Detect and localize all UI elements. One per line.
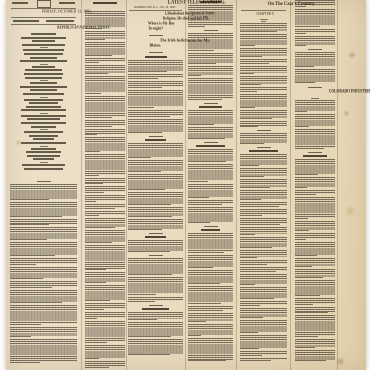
newspaper-column-4 bbox=[188, 0, 233, 370]
paragraph-last-line bbox=[128, 204, 171, 206]
body-paragraph-greeked bbox=[240, 287, 287, 298]
paragraph-last-line bbox=[295, 312, 328, 314]
ticket-entry-greeked bbox=[20, 60, 66, 62]
newspaper-column-5: On The Czar's Country. CHAPTER V. bbox=[240, 0, 287, 370]
body-text-greeked bbox=[10, 184, 77, 367]
body-paragraph-greeked bbox=[240, 190, 287, 198]
paragraph-last-line bbox=[128, 251, 170, 253]
serial-headline: On The Czar's Country. bbox=[240, 2, 287, 9]
paragraph-last-line bbox=[240, 257, 257, 259]
body-paragraph-greeked bbox=[188, 78, 233, 99]
body-paragraph-greeked bbox=[85, 345, 125, 358]
section-divider bbox=[308, 87, 322, 88]
body-paragraph-greeked bbox=[128, 60, 183, 71]
ticket-entry-greeked bbox=[22, 164, 66, 166]
ticket-entry-greeked bbox=[24, 131, 63, 133]
newspaper-column-3: LATEST TELEGRAPHING. Liliuokalani the Qu… bbox=[128, 0, 183, 370]
body-paragraph-greeked bbox=[295, 258, 335, 266]
ticket-divider bbox=[40, 162, 48, 163]
ticket-divider bbox=[40, 113, 48, 114]
ticket-divider bbox=[40, 47, 48, 48]
paragraph-last-line bbox=[85, 175, 99, 177]
ticket-entry-greeked bbox=[21, 37, 65, 39]
body-paragraph-greeked bbox=[85, 11, 125, 28]
paragraph-last-line bbox=[295, 295, 320, 297]
body-paragraph-greeked bbox=[295, 129, 335, 148]
body-paragraph-greeked bbox=[240, 76, 287, 84]
body-paragraph-greeked bbox=[85, 272, 125, 283]
body-text-greeked bbox=[128, 60, 183, 366]
section-divider bbox=[149, 136, 163, 137]
telegraph-item-headline: Blaine. bbox=[128, 44, 183, 49]
ticket-entry-greeked bbox=[26, 151, 61, 153]
body-paragraph-greeked bbox=[295, 177, 335, 188]
paragraph-last-line bbox=[188, 222, 210, 224]
paragraph-last-line bbox=[240, 332, 258, 334]
paragraph-last-line bbox=[128, 336, 171, 338]
paragraph-last-line bbox=[10, 255, 55, 257]
body-paragraph-greeked bbox=[128, 174, 183, 189]
paragraph-last-line bbox=[295, 66, 314, 68]
body-paragraph-greeked bbox=[240, 133, 287, 144]
paragraph-last-line bbox=[85, 73, 108, 75]
paragraph-last-line bbox=[240, 234, 255, 236]
section-divider bbox=[149, 52, 163, 53]
paragraph-last-line bbox=[295, 304, 313, 306]
paragraph-last-line bbox=[188, 283, 220, 285]
paragraph-last-line bbox=[295, 218, 308, 220]
body-paragraph-greeked bbox=[295, 269, 335, 277]
paragraph-last-line bbox=[295, 33, 306, 35]
body-paragraph-greeked bbox=[10, 305, 77, 324]
ticket-entry-greeked bbox=[20, 86, 67, 88]
section-divider bbox=[257, 147, 271, 148]
body-paragraph-greeked bbox=[128, 322, 183, 337]
paragraph-last-line bbox=[295, 187, 307, 189]
paragraph-last-line bbox=[188, 181, 208, 183]
masthead-remnant bbox=[10, 0, 77, 7]
ticket-entry-greeked bbox=[22, 44, 66, 46]
paragraph-last-line bbox=[240, 73, 254, 75]
column-head-fragment bbox=[93, 2, 118, 4]
paragraph-last-line bbox=[10, 264, 36, 266]
body-paragraph-greeked bbox=[128, 90, 183, 107]
ticket-entry-greeked bbox=[24, 73, 64, 75]
paragraph-last-line bbox=[240, 206, 279, 208]
body-paragraph-greeked bbox=[85, 230, 125, 243]
paragraph-last-line bbox=[240, 91, 257, 93]
body-paragraph-greeked bbox=[128, 258, 183, 275]
paragraph-last-line bbox=[295, 148, 324, 150]
body-paragraph-greeked bbox=[240, 237, 287, 248]
paragraph-last-line bbox=[188, 63, 216, 65]
telegraph-headline: LATEST TELEGRAPHING. bbox=[128, 1, 183, 9]
paragraph-last-line bbox=[295, 360, 326, 362]
ticket-entry-greeked bbox=[26, 106, 61, 108]
paragraph-last-line bbox=[240, 126, 258, 128]
paragraph-last-line bbox=[188, 124, 214, 126]
paragraph-last-line bbox=[128, 216, 172, 218]
body-text-greeked bbox=[85, 11, 125, 369]
paragraph-last-line bbox=[240, 215, 262, 217]
body-paragraph-greeked bbox=[128, 143, 183, 158]
body-paragraph-greeked bbox=[240, 168, 287, 176]
body-paragraph-greeked bbox=[188, 286, 233, 303]
paragraph-last-line bbox=[240, 271, 276, 273]
body-paragraph-greeked bbox=[295, 36, 335, 44]
rule bbox=[11, 17, 76, 18]
section-divider bbox=[204, 103, 218, 104]
ticket-entry-greeked bbox=[30, 82, 57, 84]
ticket-entry-greeked bbox=[31, 126, 55, 128]
paragraph-last-line bbox=[295, 82, 315, 84]
ticket-entry-greeked bbox=[24, 99, 62, 101]
body-paragraph-greeked bbox=[85, 65, 125, 73]
paragraph-last-line bbox=[240, 56, 262, 58]
publisher-line bbox=[10, 19, 77, 23]
paragraph-last-line bbox=[240, 284, 255, 286]
body-paragraph-greeked bbox=[85, 137, 125, 152]
paragraph-last-line bbox=[295, 266, 312, 268]
newspaper-column-6: COLORADO INDUSTRIES. bbox=[295, 0, 335, 370]
paragraph-last-line bbox=[295, 336, 318, 338]
body-paragraph-greeked bbox=[240, 34, 287, 45]
candidate-ticket-list bbox=[10, 32, 77, 179]
paragraph-last-line bbox=[85, 62, 99, 64]
issue-date-line: FRIDAY, OCTOBER 13, 1893. bbox=[10, 10, 77, 16]
ticket-entry-greeked bbox=[21, 109, 67, 111]
paragraph-last-line bbox=[240, 199, 261, 201]
ticket-entry-greeked bbox=[24, 168, 64, 170]
masthead-fragment bbox=[12, 2, 28, 4]
serial-chapter: CHAPTER V. bbox=[240, 13, 287, 18]
body-paragraph-greeked bbox=[240, 110, 287, 118]
paragraph-last-line bbox=[85, 342, 107, 344]
paragraph-last-line bbox=[295, 194, 316, 196]
industries-headline: COLORADO INDUSTRIES. bbox=[295, 90, 335, 97]
ticket-divider bbox=[40, 64, 48, 65]
body-paragraph-greeked bbox=[85, 96, 125, 117]
paragraph-last-line bbox=[128, 229, 162, 231]
paragraph-last-line bbox=[240, 107, 255, 109]
paragraph-last-line bbox=[85, 183, 103, 185]
body-paragraph-greeked bbox=[85, 42, 125, 55]
ticket-entry-greeked bbox=[27, 118, 59, 120]
ticket-entry-greeked bbox=[21, 122, 66, 124]
dispatch-head-fragment bbox=[145, 56, 167, 58]
short-rule bbox=[260, 19, 268, 20]
body-paragraph-greeked bbox=[295, 350, 335, 360]
paragraph-last-line bbox=[188, 204, 222, 206]
ticket-divider bbox=[40, 80, 48, 81]
section-divider bbox=[149, 35, 163, 36]
paragraph-last-line bbox=[128, 319, 157, 321]
paragraph-last-line bbox=[128, 294, 156, 296]
body-paragraph-greeked bbox=[240, 94, 287, 107]
column-rule bbox=[337, 0, 338, 370]
paragraph-last-line bbox=[10, 239, 47, 241]
paragraph-last-line bbox=[295, 111, 307, 113]
ticket-divider bbox=[40, 146, 48, 147]
paragraph-last-line bbox=[188, 252, 224, 254]
body-paragraph-greeked bbox=[188, 164, 233, 181]
paragraph-last-line bbox=[85, 39, 105, 41]
body-paragraph-greeked bbox=[188, 255, 233, 268]
paragraph-last-line bbox=[85, 269, 106, 271]
body-paragraph-greeked bbox=[128, 219, 183, 230]
column-rule bbox=[290, 0, 291, 370]
body-paragraph-greeked bbox=[85, 154, 125, 175]
ticket-entry-greeked bbox=[29, 135, 58, 137]
paragraph-last-line bbox=[85, 358, 99, 360]
paragraph-last-line bbox=[85, 227, 115, 229]
paragraph-last-line bbox=[295, 277, 323, 279]
body-paragraph-greeked bbox=[10, 339, 77, 362]
paragraph-last-line bbox=[85, 282, 106, 284]
masthead-ornament-box bbox=[37, 0, 51, 8]
column-rule bbox=[81, 0, 82, 370]
paragraph-last-line bbox=[85, 93, 101, 95]
paragraph-last-line bbox=[10, 199, 49, 201]
ticket-entry-greeked bbox=[30, 89, 57, 91]
body-paragraph-greeked bbox=[188, 207, 233, 222]
paragraph-last-line bbox=[240, 247, 272, 249]
section-divider bbox=[308, 49, 322, 50]
body-text-greeked bbox=[240, 23, 287, 365]
ticket-entry-greeked bbox=[23, 49, 64, 51]
paragraph-last-line bbox=[10, 224, 49, 226]
body-paragraph-greeked bbox=[295, 280, 335, 295]
short-rule bbox=[311, 98, 319, 99]
paragraph-last-line bbox=[85, 28, 102, 30]
paragraph-last-line bbox=[240, 143, 264, 145]
ticket-entry-greeked bbox=[29, 102, 59, 104]
paragraph-last-line bbox=[240, 298, 274, 300]
body-paragraph-greeked bbox=[240, 154, 287, 165]
body-paragraph-greeked bbox=[10, 290, 77, 303]
paragraph-last-line bbox=[240, 360, 271, 362]
body-paragraph-greeked bbox=[128, 207, 183, 215]
body-paragraph-greeked bbox=[188, 338, 233, 360]
body-paragraph-greeked bbox=[188, 184, 233, 197]
paragraph-last-line bbox=[85, 242, 112, 244]
body-paragraph-greeked bbox=[10, 242, 77, 255]
paragraph-last-line bbox=[295, 126, 309, 128]
rule bbox=[241, 10, 286, 11]
paragraph-last-line bbox=[188, 303, 221, 305]
section-divider bbox=[149, 255, 163, 256]
paragraph-last-line bbox=[240, 176, 264, 178]
body-paragraph-greeked bbox=[85, 218, 125, 226]
body-paragraph-greeked bbox=[240, 320, 287, 333]
newspaper-column-2: WASHINGTON, D. C., Oct. 10, 1893. bbox=[85, 0, 125, 370]
body-paragraph-greeked bbox=[295, 242, 335, 255]
ticket-entry-greeked bbox=[25, 77, 61, 79]
section-divider bbox=[37, 181, 51, 182]
ticket-entry-greeked bbox=[27, 155, 61, 157]
paragraph-last-line bbox=[85, 318, 97, 320]
body-paragraph-greeked bbox=[128, 277, 183, 294]
body-paragraph-greeked bbox=[85, 31, 125, 39]
paragraph-last-line bbox=[295, 6, 306, 8]
newspaper-column-1: FRIDAY, OCTOBER 13, 1893. REPUBLICAN NAT… bbox=[10, 0, 77, 370]
item-head-fragment bbox=[145, 139, 167, 141]
body-paragraph-greeked bbox=[188, 313, 233, 321]
paragraph-last-line bbox=[295, 255, 317, 257]
body-paragraph-greeked bbox=[295, 52, 335, 67]
paragraph-last-line bbox=[188, 335, 201, 337]
body-paragraph-greeked bbox=[10, 184, 77, 199]
paragraph-last-line bbox=[295, 45, 306, 47]
paragraph-last-line bbox=[240, 355, 262, 357]
paragraph-last-line bbox=[295, 26, 320, 28]
section-divider bbox=[149, 233, 163, 234]
paragraph-last-line bbox=[240, 264, 267, 266]
paragraph-last-line bbox=[85, 367, 109, 369]
body-paragraph-greeked bbox=[128, 192, 183, 205]
paragraph-last-line bbox=[188, 360, 226, 362]
paragraph-last-line bbox=[240, 45, 255, 47]
body-paragraph-greeked bbox=[188, 324, 233, 335]
ticket-entry-greeked bbox=[33, 158, 54, 160]
paragraph-last-line bbox=[128, 107, 154, 109]
item-head-fragment bbox=[196, 145, 225, 147]
ticket-entry-greeked bbox=[32, 40, 55, 42]
paragraph-last-line bbox=[10, 302, 62, 304]
body-paragraph-greeked bbox=[188, 66, 233, 74]
section-divider bbox=[204, 226, 218, 227]
masthead-fragment bbox=[59, 2, 75, 4]
paragraph-last-line bbox=[10, 362, 40, 364]
section-divider bbox=[308, 152, 322, 153]
ticket-entry-greeked bbox=[32, 66, 55, 68]
paragraph-last-line bbox=[85, 134, 97, 136]
item-head-fragment bbox=[142, 308, 168, 310]
paragraph-last-line bbox=[85, 55, 112, 57]
ticket-entry-greeked bbox=[25, 69, 63, 71]
body-paragraph-greeked bbox=[295, 221, 335, 229]
text-fragment bbox=[13, 20, 39, 22]
ticket-entry-greeked bbox=[23, 93, 64, 95]
paragraph-last-line bbox=[128, 87, 162, 89]
paragraph-last-line bbox=[85, 215, 99, 217]
paragraph-last-line bbox=[128, 301, 155, 303]
paragraph-last-line bbox=[240, 63, 269, 65]
body-paragraph-greeked bbox=[188, 33, 233, 50]
body-paragraph-greeked bbox=[188, 53, 233, 64]
ticket-entry-greeked bbox=[21, 142, 66, 144]
paragraph-last-line bbox=[128, 171, 161, 173]
paragraph-last-line bbox=[85, 300, 110, 302]
body-paragraph-greeked bbox=[188, 149, 233, 162]
body-paragraph-greeked bbox=[295, 315, 335, 336]
column-head-fragment bbox=[200, 1, 222, 3]
paragraph-last-line bbox=[10, 324, 41, 326]
paragraph-last-line bbox=[188, 310, 223, 312]
paragraph-last-line bbox=[295, 174, 318, 176]
paragraph-last-line bbox=[85, 201, 96, 203]
item-head-fragment bbox=[303, 155, 328, 157]
body-paragraph-greeked bbox=[128, 160, 183, 171]
body-paragraph-greeked bbox=[295, 159, 335, 174]
paragraph-last-line bbox=[128, 274, 172, 276]
body-paragraph-greeked bbox=[85, 321, 125, 342]
text-fragment bbox=[46, 20, 74, 22]
body-paragraph-greeked bbox=[295, 197, 335, 218]
section-divider bbox=[149, 305, 163, 306]
section-divider bbox=[204, 142, 218, 143]
column-rule bbox=[236, 0, 237, 370]
paragraph-last-line bbox=[128, 78, 158, 80]
body-paragraph-greeked bbox=[10, 267, 77, 278]
body-paragraph-greeked bbox=[10, 327, 77, 335]
paragraph-last-line bbox=[85, 208, 115, 210]
body-paragraph-greeked bbox=[240, 48, 287, 56]
section-divider bbox=[204, 30, 218, 31]
paragraph-last-line bbox=[188, 197, 209, 199]
paragraph-last-line bbox=[240, 348, 259, 350]
paragraph-last-line bbox=[85, 192, 104, 194]
body-paragraph-greeked bbox=[188, 233, 233, 252]
paragraph-last-line bbox=[240, 224, 280, 226]
body-text-greeked bbox=[295, 0, 335, 85]
paragraph-last-line bbox=[128, 354, 170, 356]
body-paragraph-greeked bbox=[240, 335, 287, 348]
ticket-entry-greeked bbox=[21, 115, 66, 117]
paragraph-last-line bbox=[188, 161, 226, 163]
paragraph-last-line bbox=[188, 75, 201, 77]
paragraph-last-line bbox=[240, 187, 270, 189]
body-paragraph-greeked bbox=[240, 23, 287, 31]
paragraph-last-line bbox=[240, 31, 277, 33]
paragraph-last-line bbox=[240, 84, 261, 86]
paragraph-last-line bbox=[240, 118, 272, 120]
paragraph-last-line bbox=[85, 309, 104, 311]
body-paragraph-greeked bbox=[295, 69, 335, 82]
section-divider bbox=[257, 130, 271, 131]
paragraph-last-line bbox=[188, 267, 213, 269]
body-paragraph-greeked bbox=[128, 240, 183, 251]
body-paragraph-greeked bbox=[188, 5, 233, 26]
body-paragraph-greeked bbox=[128, 119, 183, 132]
ticket-divider bbox=[40, 97, 48, 98]
ticket-divider bbox=[40, 129, 48, 130]
body-paragraph-greeked bbox=[295, 114, 335, 127]
paragraph-last-line bbox=[128, 116, 170, 118]
paragraph-last-line bbox=[188, 138, 225, 140]
body-paragraph-greeked bbox=[188, 127, 233, 138]
paragraph-last-line bbox=[188, 321, 206, 323]
body-paragraph-greeked bbox=[295, 339, 335, 347]
paragraph-last-line bbox=[10, 278, 43, 280]
body-paragraph-greeked bbox=[10, 202, 77, 217]
ticket-entry-greeked bbox=[31, 33, 56, 35]
body-paragraph-greeked bbox=[240, 179, 287, 187]
body-paragraph-greeked bbox=[128, 339, 183, 354]
ticket-entry-greeked bbox=[24, 53, 64, 55]
short-rule bbox=[261, 21, 266, 22]
column-rule bbox=[126, 0, 127, 370]
paragraph-last-line bbox=[240, 165, 259, 167]
telegraph-subhead-line: To-night? bbox=[128, 27, 183, 32]
paragraph-last-line bbox=[128, 157, 151, 159]
ticket-entry-greeked bbox=[33, 138, 53, 140]
body-text-greeked bbox=[188, 5, 233, 369]
item-head-fragment bbox=[199, 106, 222, 108]
paragraph-last-line bbox=[188, 99, 222, 101]
column-rule bbox=[185, 0, 186, 370]
paragraph-last-line bbox=[85, 126, 112, 128]
